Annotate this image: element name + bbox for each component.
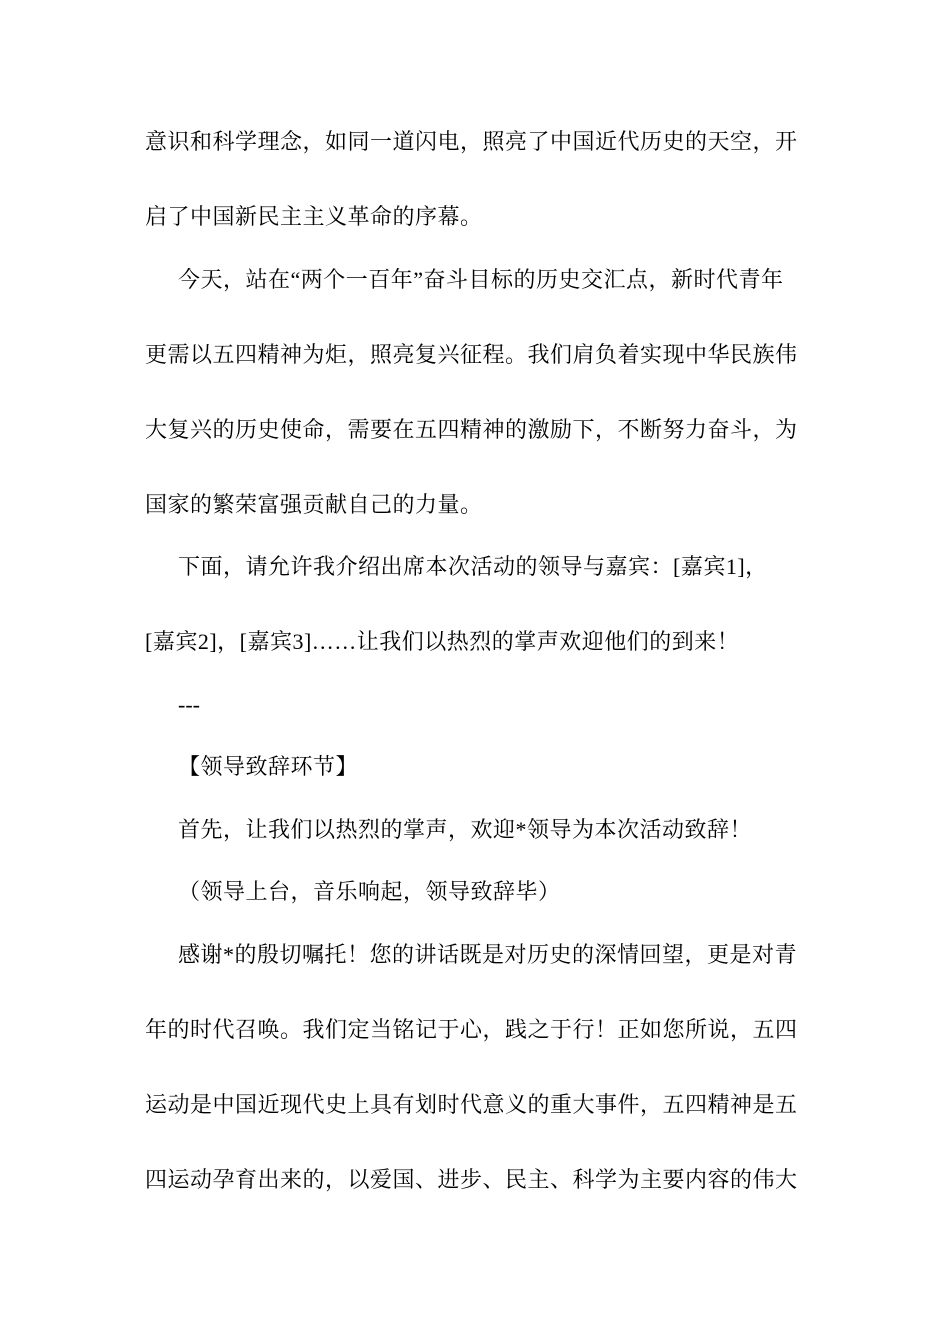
paragraph-guest-introduction: 下面，请允许我介绍出席本次活动的领导与嘉宾：[嘉宾1]， [嘉宾2]，[嘉宾3]… bbox=[145, 529, 805, 679]
text-line: 下面，请允许我介绍出席本次活动的领导与嘉宾：[嘉宾1]， bbox=[145, 529, 805, 604]
text-line: 感谢*的殷切嘱托！您的讲话既是对历史的深情回望，更是对青 bbox=[145, 917, 805, 992]
text-line: [嘉宾2]，[嘉宾3]……让我们以热烈的掌声欢迎他们的到来！ bbox=[145, 604, 805, 679]
paragraph-continuation: 意识和科学理念，如同一道闪电，照亮了中国近代历史的天空，开 启了中国新民主主义革… bbox=[145, 104, 805, 254]
paragraph-new-era-youth: 今天，站在“两个一百年”奋斗目标的历史交汇点，新时代青年 更需以五四精神为炬，照… bbox=[145, 242, 805, 542]
text-line: 今天，站在“两个一百年”奋斗目标的历史交汇点，新时代青年 bbox=[145, 242, 805, 317]
text-line: 四运动孕育出来的，以爱国、进步、民主、科学为主要内容的伟大 bbox=[145, 1142, 805, 1217]
text-line: 意识和科学理念，如同一道闪电，照亮了中国近代历史的天空，开 bbox=[145, 104, 805, 179]
paragraph-thanks-leader: 感谢*的殷切嘱托！您的讲话既是对历史的深情回望，更是对青 年的时代召唤。我们定当… bbox=[145, 917, 805, 1217]
text-line: 更需以五四精神为炬，照亮复兴征程。我们肩负着实现中华民族伟 bbox=[145, 317, 805, 392]
text-line: 运动是中国近现代史上具有划时代意义的重大事件，五四精神是五 bbox=[145, 1067, 805, 1142]
document-page: 意识和科学理念，如同一道闪电，照亮了中国近代历史的天空，开 启了中国新民主主义革… bbox=[0, 0, 950, 1344]
text-line: 大复兴的历史使命，需要在五四精神的激励下，不断努力奋斗，为 bbox=[145, 392, 805, 467]
text-line: 年的时代召唤。我们定当铭记于心，践之于行！正如您所说，五四 bbox=[145, 992, 805, 1067]
